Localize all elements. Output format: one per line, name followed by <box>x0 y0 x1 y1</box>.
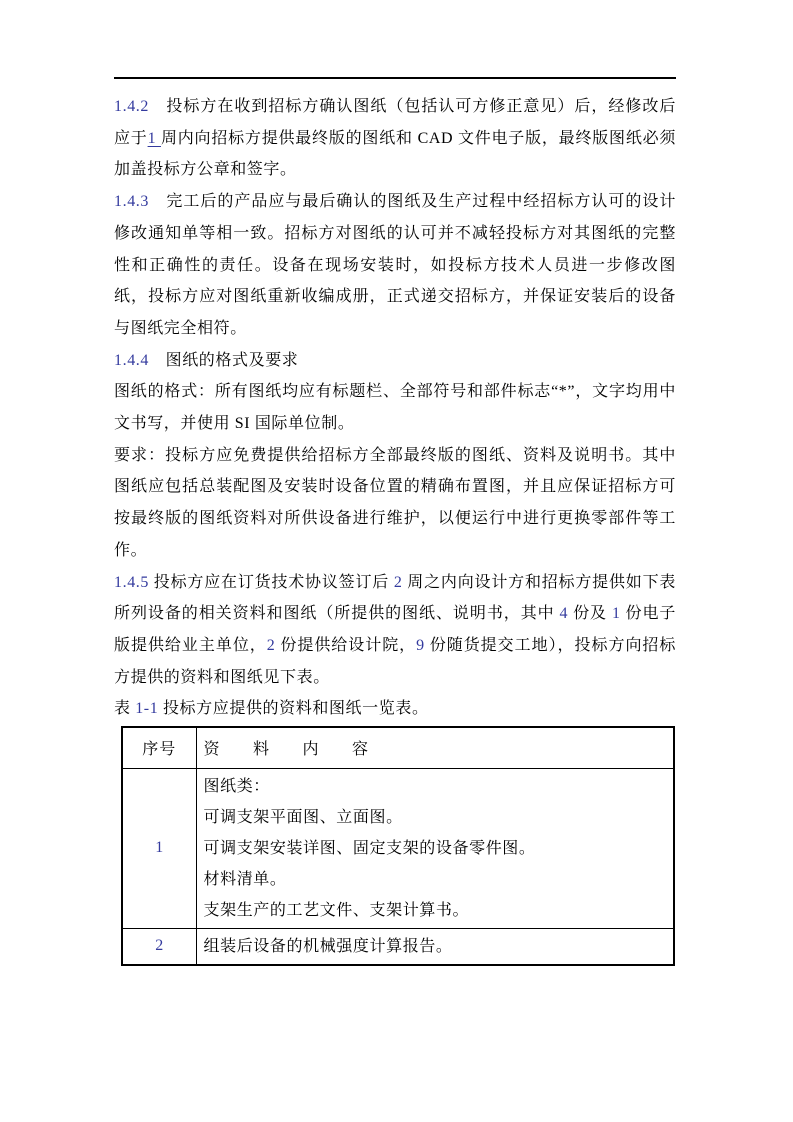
text-run: 投标方应提供的资料和图纸一览表。 <box>158 700 428 717</box>
number-run: 4 <box>560 605 569 622</box>
table-row: 2组装后设备的机械强度计算报告。 <box>122 928 674 965</box>
row-number-cell: 1 <box>122 768 196 928</box>
materials-table-body: 1图纸类：可调支架平面图、立面图。可调支架安装详图、固定支架的设备零件图。材料清… <box>122 768 674 965</box>
text-run: 要求：投标方应免费提供给招标方全部最终版的图纸、资料及说明书。其中图纸应包括总装… <box>114 447 676 559</box>
cell-line: 支架生产的工艺文件、支架计算书。 <box>204 895 668 926</box>
cell-line: 可调支架安装详图、固定支架的设备零件图。 <box>204 833 668 864</box>
table-header-no: 序号 <box>122 727 196 768</box>
paragraph-block: 1.4.2 投标方在收到招标方确认图纸（包括认可方修正意见）后，经修改后应于1 … <box>114 91 676 725</box>
text-run: 完工后的产品应与最后确认的图纸及生产过程中经招标方认可的设计修改通知单等相一致。… <box>114 193 676 337</box>
paragraph: 1.4.3 完工后的产品应与最后确认的图纸及生产过程中经招标方认可的设计修改通知… <box>114 186 676 345</box>
paragraph: 图纸的格式：所有图纸均应有标题栏、全部符号和部件标志“*”，文字均用中文书写，并… <box>114 376 676 439</box>
table-header-row: 序号 资 料 内 容 <box>122 727 674 768</box>
cell-line: 组装后设备的机械强度计算报告。 <box>204 931 668 962</box>
number-run: 1.4.3 <box>114 193 149 210</box>
paragraph: 1.4.2 投标方在收到招标方确认图纸（包括认可方修正意见）后，经修改后应于1 … <box>114 91 676 186</box>
row-number-cell: 2 <box>122 928 196 965</box>
text-run: 周内向招标方提供最终版的图纸和 CAD 文件电子版，最终版图纸必须加盖投标方公章… <box>114 130 676 179</box>
number-run: 1-1 <box>135 700 158 717</box>
document-page: 1.4.2 投标方在收到招标方确认图纸（包括认可方修正意见）后，经修改后应于1 … <box>0 0 793 1122</box>
cell-line: 可调支架平面图、立面图。 <box>204 802 668 833</box>
document-content: 1.4.2 投标方在收到招标方确认图纸（包括认可方修正意见）后，经修改后应于1 … <box>114 91 676 966</box>
number-run: 2 <box>394 574 403 591</box>
header-rule <box>114 77 676 79</box>
materials-table: 序号 资 料 内 容 1图纸类：可调支架平面图、立面图。可调支架安装详图、固定支… <box>121 726 675 966</box>
paragraph: 要求：投标方应免费提供给招标方全部最终版的图纸、资料及说明书。其中图纸应包括总装… <box>114 440 676 567</box>
paragraph: 表 1-1 投标方应提供的资料和图纸一览表。 <box>114 693 676 725</box>
paragraph: 1.4.5 投标方应在订货技术协议签订后 2 周之内向设计方和招标方提供如下表所… <box>114 567 676 694</box>
number-run: 1.4.2 <box>114 98 149 115</box>
number-run: 9 <box>416 637 425 654</box>
text-run: 图纸的格式及要求 <box>149 352 298 369</box>
cell-line: 图纸类： <box>204 771 668 802</box>
text-run: 份及 <box>568 605 612 622</box>
number-run: 1.4.4 <box>114 352 149 369</box>
table-row: 1图纸类：可调支架平面图、立面图。可调支架安装详图、固定支架的设备零件图。材料清… <box>122 768 674 928</box>
text-run: 投标方应在订货技术协议签订后 <box>149 574 394 591</box>
number-run: 1 <box>148 130 161 147</box>
number-run: 1 <box>612 605 621 622</box>
paragraph: 1.4.4 图纸的格式及要求 <box>114 345 676 377</box>
cell-line: 材料清单。 <box>204 864 668 895</box>
materials-table-head: 序号 资 料 内 容 <box>122 727 674 768</box>
row-content-cell: 组装后设备的机械强度计算报告。 <box>196 928 674 965</box>
number-run: 1.4.5 <box>114 574 149 591</box>
text-run: 表 <box>114 700 135 717</box>
text-run: 图纸的格式：所有图纸均应有标题栏、全部符号和部件标志“*”，文字均用中文书写，并… <box>114 383 676 432</box>
table-header-content: 资 料 内 容 <box>196 727 674 768</box>
text-run: 份提供给设计院， <box>275 637 416 654</box>
row-content-cell: 图纸类：可调支架平面图、立面图。可调支架安装详图、固定支架的设备零件图。材料清单… <box>196 768 674 928</box>
